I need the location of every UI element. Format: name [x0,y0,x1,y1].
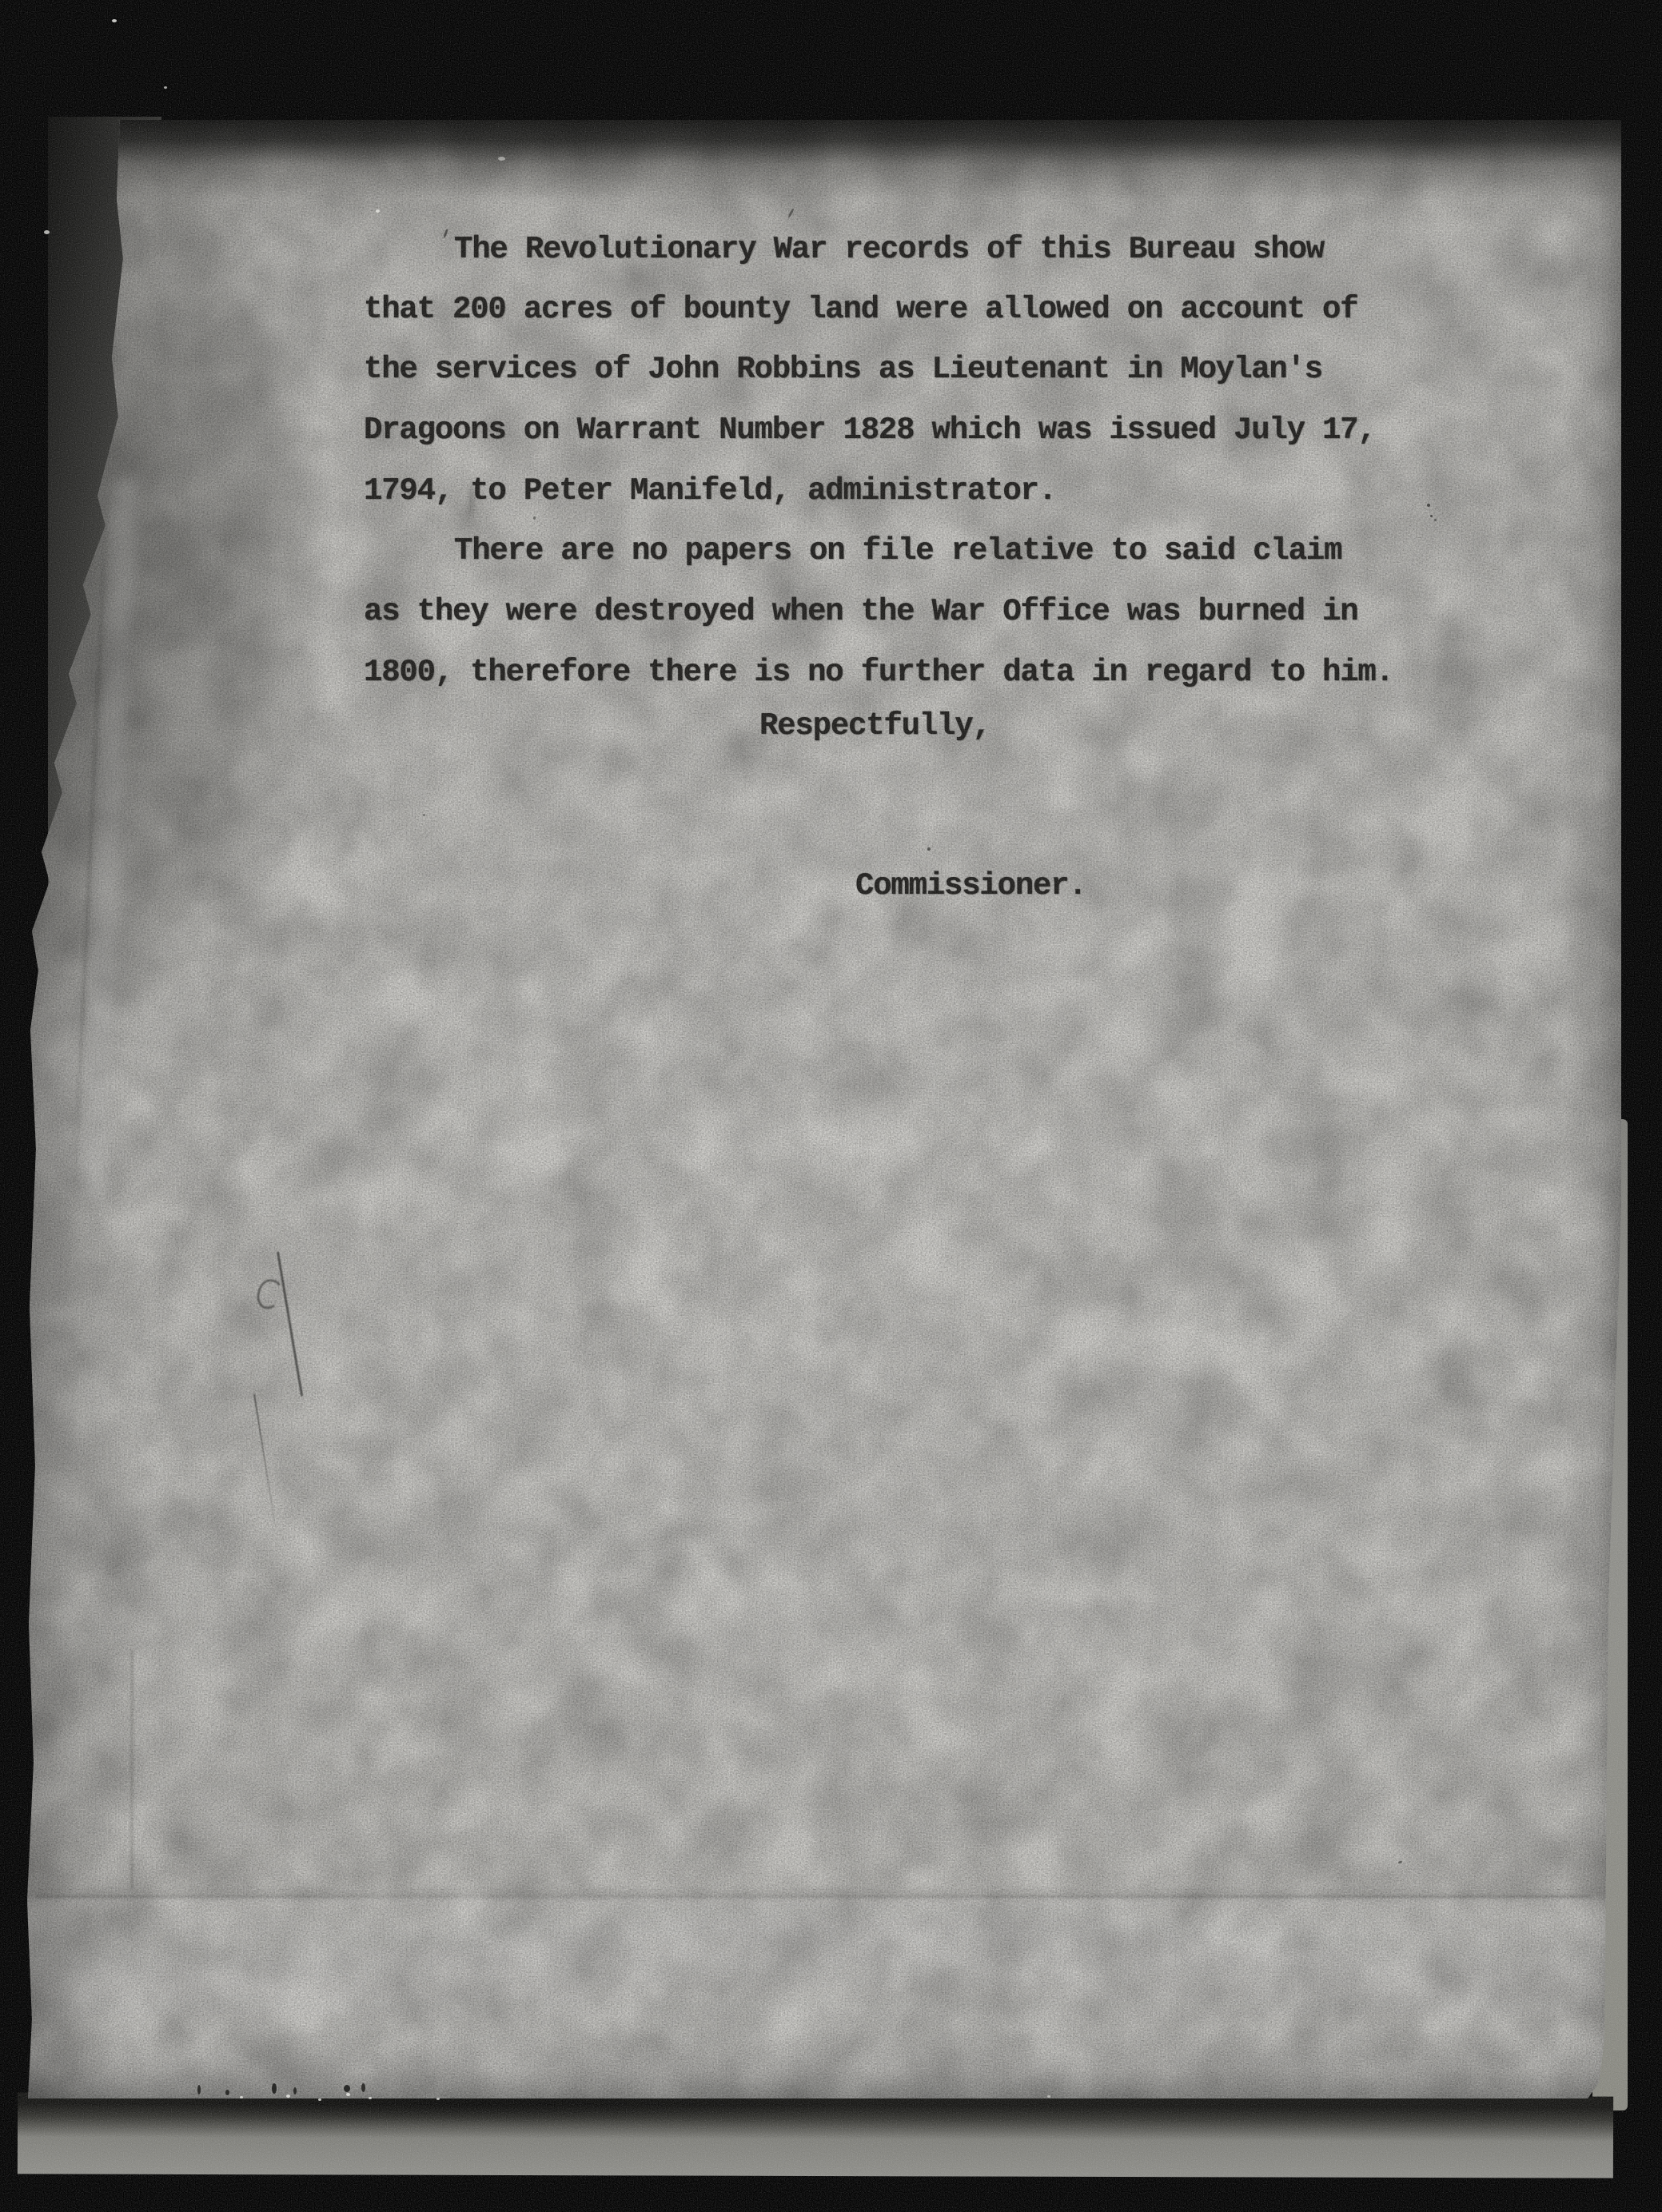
typewritten-line-2: that 200 acres of bounty land were allow… [364,294,1357,325]
dust-speck [436,2098,440,2100]
dust-speck [112,19,117,22]
dust-speck [164,86,167,89]
ink-dot [533,516,536,520]
edge-fragment [344,2085,350,2092]
dust-speck [318,2098,321,2101]
dust-speck [240,2096,243,2098]
ink-dot [1430,515,1433,517]
black-photo-border: The Revolutionary War records of this Bu… [0,0,1662,2212]
typewritten-line-7: as they were destroyed when the War Offi… [364,596,1357,628]
scanned-document-photo: { "page": { "kind": "photographed scan o… [0,0,1662,2212]
edge-fragment [293,2087,297,2094]
dust-speck [44,230,50,234]
typewritten-closing: Respectfully, [759,711,990,742]
edge-fragment [225,2090,229,2095]
typewritten-signature-title: Commissioner. [855,871,1086,902]
typewritten-line-8: 1800, therefore there is no further data… [364,657,1393,688]
dust-speck [346,2093,350,2096]
typewritten-line-6: There are no papers on file relative to … [454,536,1341,567]
dust-speck [369,2097,372,2099]
ink-dot [927,847,931,851]
dust-speck [286,2094,290,2098]
ink-dot [1427,504,1430,507]
edge-fragment [197,2085,201,2094]
dust-speck [376,209,380,213]
dust-speck [1047,2095,1050,2098]
ink-dot [423,814,425,816]
ink-dot [1434,519,1437,521]
typewritten-line-4: Dragoons on Warrant Number 1828 which wa… [364,415,1376,446]
typewritten-line-1: The Revolutionary War records of this Bu… [454,234,1324,265]
typewritten-line-3: the services of John Robbins as Lieutena… [364,354,1322,385]
edge-fragment [361,2083,365,2092]
typewritten-line-5: 1794, to Peter Manifeld, administrator. [364,476,1056,507]
dust-speck [498,157,505,161]
edge-fragment [272,2083,277,2094]
